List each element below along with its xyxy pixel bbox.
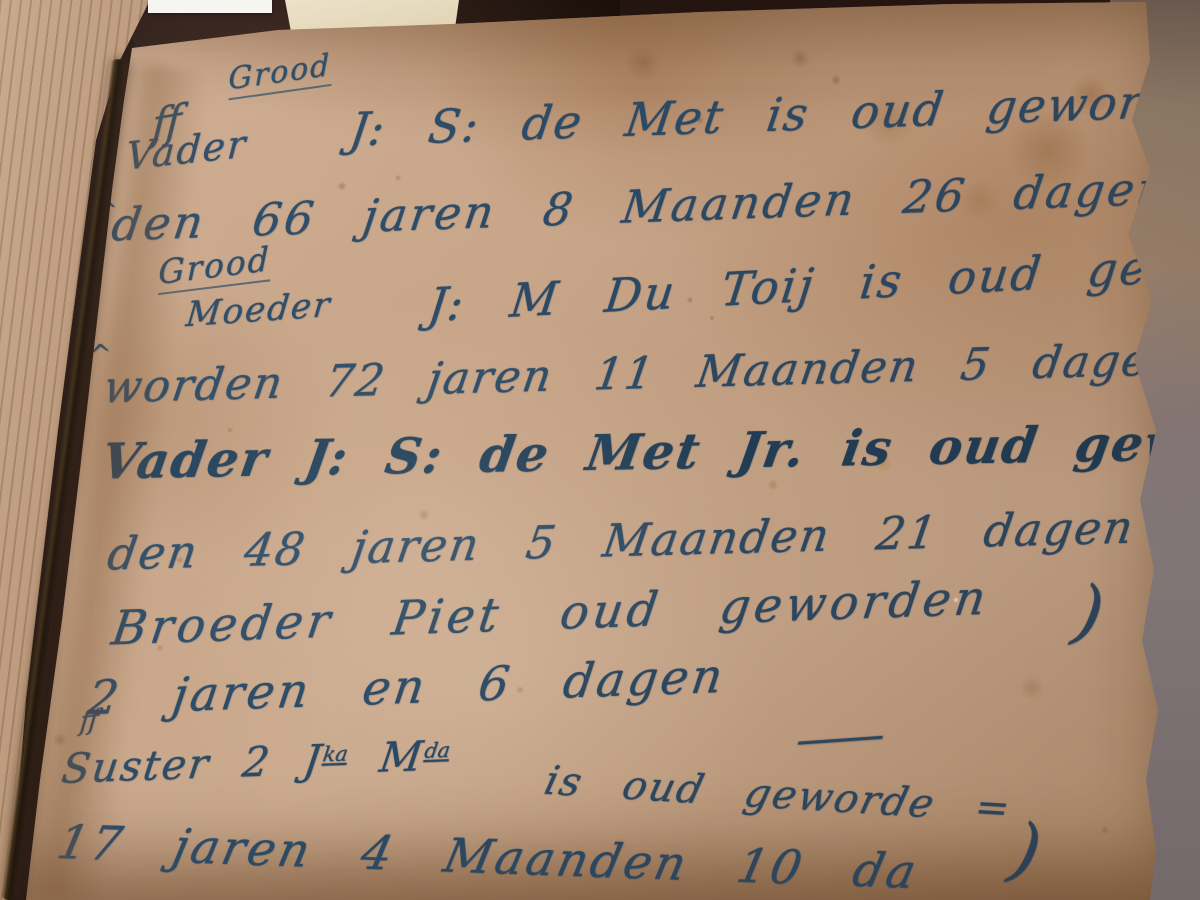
white-paper-slip	[148, 0, 272, 13]
handwriting-heading-grood: Grood	[229, 48, 332, 101]
handwriting-line-3: J: M Du Toij is oud ge=	[425, 238, 1194, 332]
handwriting-line-moeder-label: Moeder	[184, 285, 333, 336]
ink-flourish: )	[1004, 806, 1049, 894]
handwriting-line-2: den 66 jaren 8 Maanden 26 dagen	[109, 161, 1173, 251]
ink-flourish: )	[1068, 568, 1110, 656]
handwriting-line-4: worden 72 jaren 11 Maanden 5 dagen.	[100, 334, 1200, 414]
handwriting-line-1: J: S: de Met is oud gewor=	[346, 73, 1187, 156]
suster-text: M	[344, 732, 428, 783]
suster-superscript: da	[423, 738, 452, 763]
handwriting-line-5: Vader J: S: de Met Jr. is oud gewor=	[97, 412, 1200, 491]
handwriting-line-10: 17 jaren 4 Maanden 10 da	[52, 815, 923, 900]
photo-scene: Grood ff Vader J: S: de Met is oud gewor…	[0, 0, 1200, 900]
handwriting-line-6: den 48 jaren 5 Maanden 21 dagen	[104, 500, 1138, 580]
handwriting-line-7: Broeder Piet oud geworden	[108, 571, 993, 657]
handwriting-line-8: 2 jaren en 6 dagen	[84, 649, 728, 727]
handwriting-line-9: is oud geworde =	[540, 758, 1016, 832]
dash-mark: —	[792, 709, 888, 766]
